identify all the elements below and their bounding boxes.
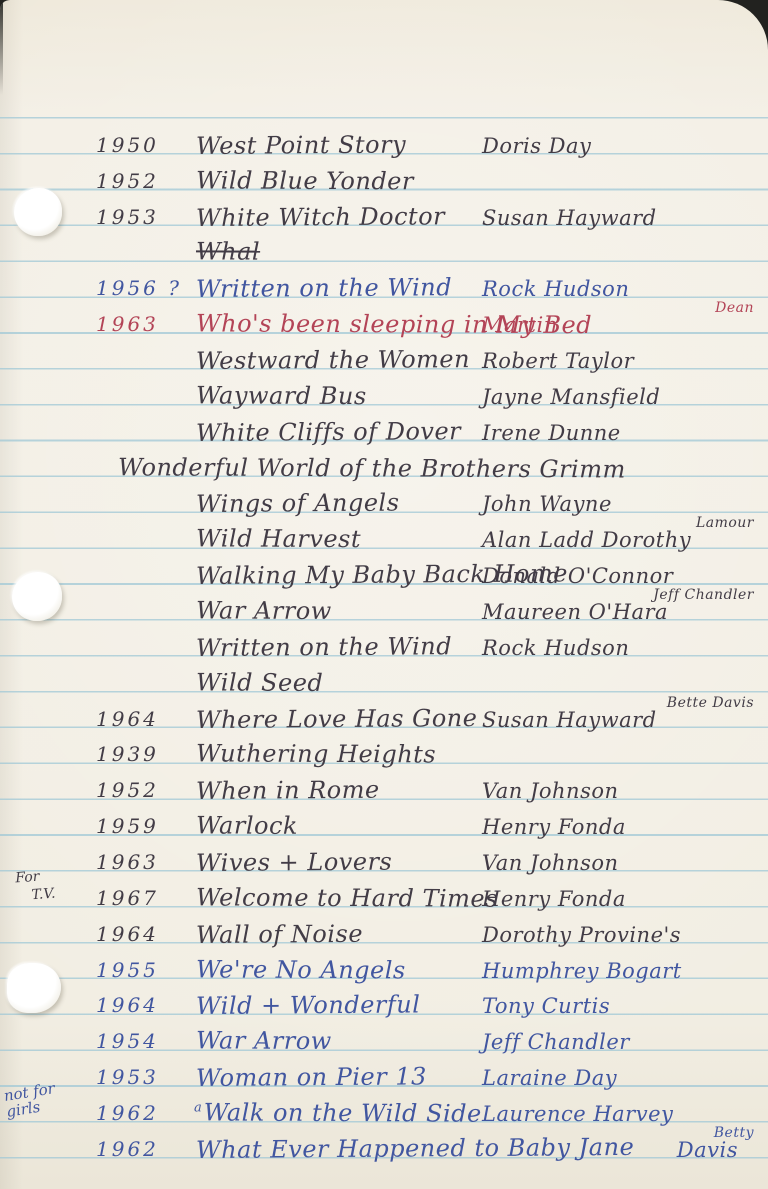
entry-row: Walking My Baby Back Home Donald O'Conno… (0, 548, 768, 584)
entry-actor-main: Jayne Mansfield (482, 385, 660, 409)
entry-title-text: Wall of Noise (196, 920, 363, 949)
entry-title: Where Love Has Gone (194, 704, 482, 734)
entry-actor-main: Van Johnson (482, 779, 619, 803)
entry-actor-main: Davis (677, 1138, 738, 1162)
entry-title: Wild Harvest (194, 525, 482, 554)
entry-title-mark: a (194, 1100, 202, 1115)
entry-row: War Arrow Jeff ChandlerMaureen O'Hara (0, 584, 768, 620)
entry-row: 1962 aWalk on the Wild Side Laurence Har… (0, 1086, 768, 1122)
entry-actor-main: Rock Hudson (482, 277, 629, 301)
entry-title: Wives + Lovers (194, 847, 482, 877)
entry-row: Wonderful World of the Brothers Grimm (0, 441, 768, 477)
entry-actor-main: Susan Hayward (482, 206, 657, 230)
entry-title: Welcome to Hard Times (194, 883, 482, 912)
entry-actor: Jeff ChandlerMaureen O'Hara (482, 600, 768, 624)
entry-title: What Ever Happened to Baby Jane (194, 1134, 482, 1164)
entry-actor-main: Jeff Chandler (482, 1030, 630, 1054)
entry-title-text: Wings of Angels (196, 489, 400, 518)
entry-actor-main: Doris Day (482, 134, 591, 158)
entry-year: 1953 (96, 1065, 194, 1089)
entry-actor-main: Maureen O'Hara (482, 600, 668, 624)
entry-actor-main: Laraine Day (482, 1066, 617, 1090)
entry-actor-main: Dorothy Provine's (482, 923, 681, 947)
entry-actor: Doris Day (482, 134, 768, 158)
entry-title-text: Whal (196, 238, 260, 266)
entry-title: We're No Angels (194, 955, 482, 984)
entry-actor-main: Susan Hayward (482, 708, 657, 732)
entry-actor-main: Laurence Harvey (482, 1102, 673, 1126)
entry-title: Wild + Wonderful (194, 990, 482, 1020)
entry-actor: Humphrey Bogart (482, 959, 768, 983)
entry-title: West Point Story (194, 130, 482, 160)
entry-actor-secondary: Jeff Chandler (653, 587, 754, 603)
entry-actor-main: Martin (482, 313, 558, 337)
entry-title: Wonderful World of the Brothers Grimm (116, 453, 482, 483)
entry-actor-secondary: Betty (714, 1125, 754, 1141)
entry-row: White Cliffs of Dover Irene Dunne (0, 405, 768, 441)
entry-actor-main: Henry Fonda (482, 815, 626, 839)
entry-title-text: Westward the Women (196, 345, 470, 375)
entry-row: Written on the Wind Rock Hudson (0, 620, 768, 656)
notebook-paper: 1950 West Point Story Doris Day 1952 Wil… (0, 0, 768, 1189)
entry-title-text: Walk on the Wild Side (204, 1098, 482, 1127)
entry-year: 1963 (96, 312, 194, 336)
entry-actor: Laraine Day (482, 1066, 768, 1090)
entry-title: Wild Blue Yonder (194, 166, 482, 195)
entry-title: Wings of Angels (194, 488, 482, 518)
entry-title: White Witch Doctor (194, 202, 482, 232)
entry-title-text: When in Rome (196, 776, 380, 805)
entry-actor-main: Donald O'Connor (482, 564, 673, 588)
entry-actor: Donald O'Connor (482, 564, 768, 588)
entry-title: Wayward Bus (194, 381, 482, 410)
entry-title-text: Wayward Bus (196, 381, 367, 410)
entry-actor: Jeff Chandler (482, 1030, 768, 1054)
entry-title: White Cliffs of Dover (194, 417, 482, 447)
scanned-page-canvas: 1950 West Point Story Doris Day 1952 Wil… (0, 0, 768, 1189)
entry-row: 1952 Wild Blue Yonder (0, 154, 768, 190)
entry-actor: Van Johnson (482, 779, 768, 803)
entry-title-text: War Arrow (196, 596, 332, 625)
entry-actor-secondary: Lamour (696, 515, 754, 531)
entry-row: Westward the Women Robert Taylor (0, 333, 768, 369)
entry-actor-main: Irene Dunne (482, 421, 621, 445)
entry-actor-main: Humphrey Bogart (482, 959, 682, 983)
entry-row: 1964 Wall of Noise Dorothy Provine's (0, 907, 768, 943)
entry-title-text: Wild Blue Yonder (196, 166, 414, 195)
entry-title-text: Welcome to Hard Times (196, 883, 498, 912)
entry-actor-main: Rock Hudson (482, 636, 629, 660)
entry-title-text: We're No Angels (196, 955, 406, 984)
entry-row: 1950 West Point Story Doris Day (0, 118, 768, 154)
entry-row: 1954 War Arrow Jeff Chandler (0, 1014, 768, 1050)
entry-title: Wall of Noise (194, 919, 482, 949)
entry-year: 1952 (96, 169, 194, 193)
entry-actor: Dorothy Provine's (482, 923, 768, 947)
entry-title: Wild Seed (194, 668, 482, 697)
entry-title: Woman on Pier 13 (194, 1062, 482, 1092)
entry-year: 1955 (96, 958, 194, 982)
entry-actor-secondary: Dean (715, 300, 754, 316)
entry-title: Walking My Baby Back Home (194, 560, 482, 590)
margin-note-line: T.V. (16, 885, 56, 906)
entry-title: Westward the Women (194, 345, 482, 375)
entry-title: aWalk on the Wild Side (194, 1098, 482, 1127)
entry-year: 1956 ? (96, 276, 194, 300)
entry-row: Wayward Bus Jayne Mansfield (0, 369, 768, 405)
entry-year: 1964 (96, 993, 194, 1017)
entry-actor: Rock Hudson (482, 277, 768, 301)
entry-actor: Bette DavisSusan Hayward (482, 708, 768, 732)
entry-title-text: Wuthering Heights (196, 740, 436, 769)
entry-year: 1959 (96, 814, 194, 838)
entry-title: Warlock (194, 812, 482, 841)
entry-actor: Jayne Mansfield (482, 385, 768, 409)
entry-actor: Tony Curtis (482, 994, 768, 1018)
entry-title-text: Where Love Has Gone (196, 704, 478, 734)
entry-row: Wild Harvest LamourAlan Ladd Dorothy (0, 512, 768, 548)
entry-title: When in Rome (194, 775, 482, 805)
entry-title-text: Warlock (196, 812, 298, 840)
entry-title-text: West Point Story (196, 130, 406, 159)
entry-year: 1964 (96, 707, 194, 731)
entry-title-text: Wild Harvest (196, 525, 361, 554)
entry-actor: Henry Fonda (482, 815, 768, 839)
entry-actor: Rock Hudson (482, 636, 768, 660)
entry-year: 1939 (96, 742, 194, 766)
entry-row: Whal (0, 226, 768, 262)
entry-year: 1950 (96, 133, 194, 157)
entry-title-text: War Arrow (196, 1027, 332, 1056)
entry-actor: Irene Dunne (482, 421, 768, 445)
entry-actor-main: Van Johnson (482, 851, 619, 875)
entry-title: Wuthering Heights (194, 740, 482, 769)
entry-year: 1963 (96, 850, 194, 874)
entry-row: 1955 We're No Angels Humphrey Bogart (0, 943, 768, 979)
entry-actor-main: Robert Taylor (482, 349, 634, 373)
entry-title-text: Wild Seed (196, 668, 323, 697)
entry-row: 1959 Warlock Henry Fonda (0, 799, 768, 835)
entry-row: 1967 Welcome to Hard Times Henry Fonda (0, 871, 768, 907)
entry-title: Written on the Wind (194, 273, 482, 303)
entry-row: 1956 ? Written on the Wind Rock Hudson (0, 261, 768, 297)
entry-actor-main: John Wayne (482, 492, 612, 516)
entry-title-text: White Cliffs of Dover (196, 417, 461, 447)
entry-title-text: Written on the Wind (196, 274, 452, 304)
entry-title: Who's been sleeping in My Bed (194, 310, 482, 339)
entry-title: Whal (194, 238, 482, 267)
entry-row: 1963 Who's been sleeping in My Bed DeanM… (0, 297, 768, 333)
entry-title-text: Wonderful World of the Brothers Grimm (118, 453, 626, 483)
entry-actor: Henry Fonda (482, 887, 768, 911)
margin-note-for-tv: For T.V. (15, 867, 56, 906)
entries: 1950 West Point Story Doris Day 1952 Wil… (0, 118, 768, 1158)
entry-actor-secondary: Bette Davis (667, 695, 754, 711)
entry-row: 1953 Woman on Pier 13 Laraine Day (0, 1050, 768, 1086)
entry-actor: John Wayne (482, 492, 768, 516)
entry-row: 1952 When in Rome Van Johnson (0, 763, 768, 799)
entry-actor: Susan Hayward (482, 206, 768, 230)
entry-actor: LamourAlan Ladd Dorothy (482, 528, 768, 552)
entry-year: 1962 (96, 1101, 194, 1125)
entry-title-text: Woman on Pier 13 (196, 1063, 427, 1093)
entry-year: 1953 (96, 205, 194, 229)
entry-actor: BettyDavis (482, 1138, 768, 1162)
entry-row: 1939 Wuthering Heights (0, 728, 768, 764)
entry-year: 1962 (96, 1137, 194, 1161)
entry-row: Wild Seed (0, 656, 768, 692)
entry-row: 1963 Wives + Lovers Van Johnson (0, 835, 768, 871)
page-edge-shadow (0, 0, 3, 95)
entry-actor-main: Henry Fonda (482, 887, 626, 911)
entry-actor: Van Johnson (482, 851, 768, 875)
entry-actor-main: Alan Ladd Dorothy (482, 528, 691, 552)
entry-year: 1954 (96, 1029, 194, 1053)
entry-actor-main: Tony Curtis (482, 994, 610, 1018)
entry-title: War Arrow (194, 596, 482, 625)
entry-title-text: Wild + Wonderful (196, 991, 421, 1021)
entry-year: 1967 (96, 886, 194, 910)
entry-actor: Laurence Harvey (482, 1102, 768, 1126)
entry-title: War Arrow (194, 1027, 482, 1056)
entry-title-text: Wives + Lovers (196, 848, 393, 877)
entry-title-text: Written on the Wind (196, 632, 452, 662)
entry-title-text: White Witch Doctor (196, 202, 445, 232)
entry-title: Written on the Wind (194, 632, 482, 662)
entry-year: 1952 (96, 778, 194, 802)
entry-actor: Robert Taylor (482, 349, 768, 373)
entry-row: 1962 What Ever Happened to Baby Jane Bet… (0, 1122, 768, 1158)
entry-actor: DeanMartin (482, 313, 768, 337)
entry-year: 1964 (96, 922, 194, 946)
